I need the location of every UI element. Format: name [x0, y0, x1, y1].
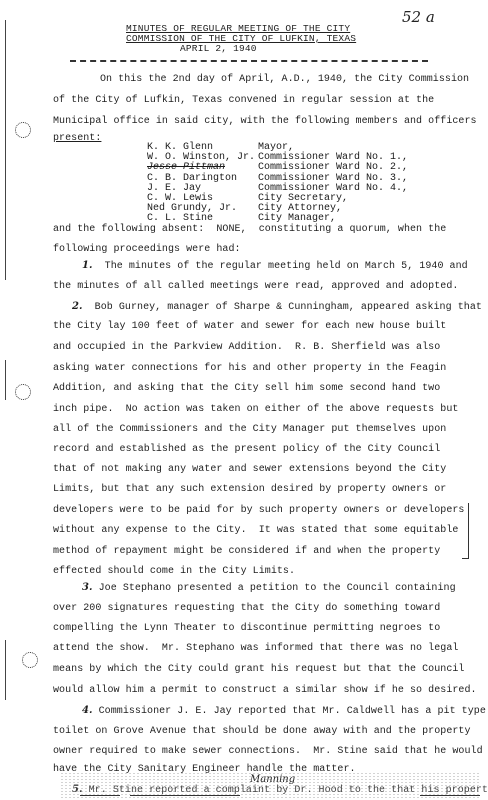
paragraph-number: 4.: [82, 705, 93, 716]
paragraph-line: and occupied in the Parkview Addition. R…: [53, 342, 440, 353]
title-date: APRIL 2, 1940: [120, 44, 420, 54]
underline-mark: [80, 795, 120, 796]
scan-noise: [60, 772, 480, 798]
paragraph-1: 1. The minutes of the regular meeting he…: [82, 260, 468, 272]
paragraph-line: the City lay 100 feet of water and sewer…: [53, 321, 446, 332]
paragraph-3: 3. Joe Stephano presented a petition to …: [82, 582, 456, 594]
paragraph-line: Limits, but that any such extension desi…: [53, 484, 446, 495]
paragraph-line: all of the Commissioners and the City Ma…: [53, 424, 446, 435]
paragraph-line: record and established as the present po…: [53, 444, 440, 455]
paragraph-line: would allow him a permit to construct a …: [53, 685, 477, 696]
paragraph-line: over 200 signatures requesting that the …: [53, 603, 440, 614]
document-page: 52 a MINUTES OF REGULAR MEETING OF THE C…: [0, 0, 488, 800]
paragraph-line: without any expense to the City. It was …: [53, 525, 458, 536]
paragraph-line: owner required to make sewer connections…: [53, 746, 483, 757]
paragraph-line: inch pipe. No action was taken on either…: [53, 404, 458, 415]
margin-line: [5, 360, 6, 400]
punch-hole-icon: [22, 652, 38, 668]
paragraph-4: 4. Commissioner J. E. Jay reported that …: [82, 705, 486, 717]
title-line-2: COMMISSION OF THE CITY OF LUFKIN, TEXAS: [120, 34, 420, 44]
absent-line: following proceedings were had:: [53, 244, 241, 255]
paragraph-line: asking water connections for his and oth…: [53, 363, 446, 374]
opening-line: Municipal office in said city, with the …: [53, 116, 477, 127]
attendance-roster: K. K. Glenn Mayor, W. O. Winston, Jr. Co…: [147, 143, 408, 225]
margin-line: [5, 20, 6, 280]
underline-mark: [420, 795, 480, 796]
divider: [70, 60, 428, 62]
absent-line: and the following absent: NONE, constitu…: [53, 224, 446, 235]
paragraph-number: 1.: [82, 260, 93, 271]
paragraph-line: compelling the Lynn Theater to discontin…: [53, 623, 440, 634]
punch-hole-icon: [15, 384, 31, 400]
punch-hole-icon: [15, 122, 31, 138]
paragraph-line: means by which the City could grant his …: [53, 664, 464, 675]
paragraph-line: attend the show. Mr. Stephano was inform…: [53, 643, 458, 654]
document-title: MINUTES OF REGULAR MEETING OF THE CITY C…: [120, 24, 420, 54]
paragraph-line: developers were to be paid for by such p…: [53, 505, 464, 516]
opening-line: On this the 2nd day of April, A.D., 1940…: [100, 74, 469, 85]
paragraph-line: that of not making any water and sewer e…: [53, 464, 446, 475]
margin-line: [5, 640, 6, 700]
paragraph-number: 3.: [82, 582, 93, 593]
opening-line: present:: [53, 133, 101, 144]
opening-line: of the City of Lufkin, Texas convened in…: [53, 95, 434, 106]
paragraph-line: method of repayment might be considered …: [53, 546, 440, 557]
underline-mark: [130, 795, 240, 796]
paragraph-2: 2. Bob Gurney, manager of Sharpe & Cunni…: [72, 301, 482, 313]
margin-bracket: [462, 503, 469, 559]
paragraph-line: Addition, and asking that the City sell …: [53, 383, 440, 394]
paragraph-line: the minutes of all called meetings were …: [53, 281, 458, 292]
paragraph-line: toilet on Grove Avenue that should be do…: [53, 726, 471, 737]
paragraph-number: 2.: [72, 301, 83, 312]
paragraph-line: effected should come in the City Limits.: [53, 566, 295, 577]
